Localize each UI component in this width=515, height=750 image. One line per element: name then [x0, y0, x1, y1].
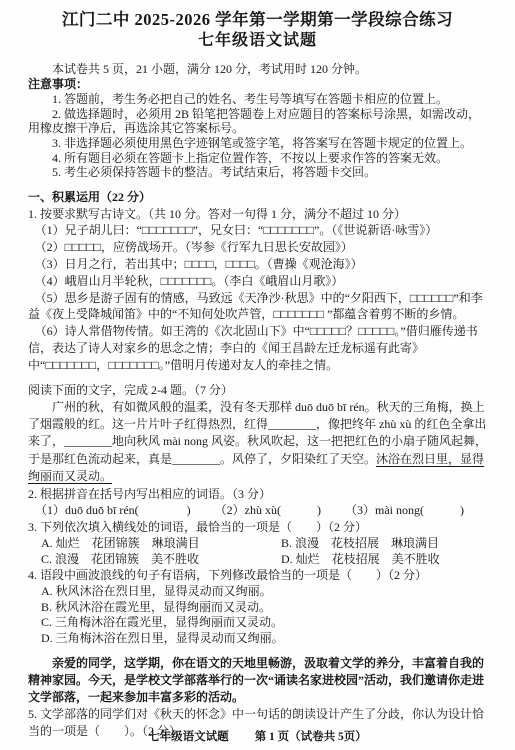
page-content: 江门二中 2025-2026 学年第一学期第一学段综合练习 七年级语文试题 本试… — [0, 0, 515, 740]
reading-intro: 阅读下面的文字，完成 2-4 题。（7 分） — [28, 382, 487, 399]
invitation-paragraph: 亲爱的同学，这学期，你在语文的天地里畅游，汲取着文学的养分，丰富着自我的精神家园… — [28, 655, 487, 706]
note-item-2: 2. 做选择题时，必须用 2B 铅笔把答题卷上对应题目的答案标号涂黑，如需改动，… — [28, 107, 487, 136]
q3-stem: 3. 下列依次填入横线处的词语，最恰当的一项是（ ）（2 分） — [28, 519, 487, 536]
note-item-3: 3. 非选择题必须使用黑色字迹钢笔或签字笔，将答案写在答题卡规定的位置上。 — [28, 136, 487, 151]
q4-option-a: A. 秋风沐浴在烈日里，显得灵动而又绚丽。 — [28, 584, 487, 600]
q4-option-d: D. 三角梅沐浴在烈日里，显得灵动而又绚丽。 — [28, 631, 487, 647]
q4-option-b: B. 秋风沐浴在霞光里，显得绚丽而又灵动。 — [28, 600, 487, 616]
note-item-4: 4. 所有题目必须在答题卡上指定位置作答，不按以上要求作答的答案无效。 — [28, 151, 487, 166]
footer-page-number: 第 1 页（试卷共 5页） — [255, 728, 367, 744]
q1-item-5: （5）思乡是游子固有的情感，马致远《天净沙·秋思》中的“夕阳西下，□□□□□□”… — [28, 290, 487, 324]
q1-item-3: （3）日月之行，若出其中；□□□□，□□□□。（曹操《观沧海》） — [28, 256, 487, 273]
q3-option-row-2: C. 浪漫 花团锦簇 美不胜收 D. 灿烂 花枝招展 美不胜收 — [28, 552, 487, 568]
note-item-1: 1. 答题前，考生务必把自己的姓名、考生号等填写在答题卡相应的位置上。 — [28, 92, 487, 107]
q1-item-1: （1）兄子胡儿曰：“□□□□□□□”，兄女曰：“□□□□□□□”。（《世说新语·… — [28, 222, 487, 239]
q3-option-row-1: A. 灿烂 花团锦簇 琳琅满目 B. 浪漫 花枝招展 琳琅满目 — [28, 536, 487, 552]
q1-item-6: （6）诗人常借物传情。如王湾的《次北固山下》中“□□□□□？□□□□□。”借归雁… — [28, 323, 487, 373]
q1-item-4: （4）峨眉山月半轮秋，□□□□□□□。（李白《峨眉山月歌》） — [28, 273, 487, 290]
exam-paper-page: 江门二中 2025-2026 学年第一学期第一学段综合练习 七年级语文试题 本试… — [0, 0, 515, 750]
q2-pinyin-item-1: （1）duō duō bī rén( ) — [35, 502, 191, 519]
q2-stem: 2. 根据拼音在括号内写出相应的词语。（3 分） — [28, 486, 487, 503]
q2-pinyin-row: （1）duō duō bī rén( ) （2）zhù xù( ) （3）mài… — [28, 502, 487, 519]
q2-pinyin-item-3: （3）mài nong( ) — [345, 502, 464, 519]
q3-option-d: D. 灿烂 花枝招展 美不胜收 — [281, 552, 440, 568]
exam-meta: 本试卷共 5 页，21 小题，满分 120 分，考试用时 120 分钟。 — [28, 62, 487, 77]
exam-subtitle: 七年级语文试题 — [28, 31, 487, 52]
page-footer: 七年级语文试题 第 1 页（试卷共 5页） — [0, 728, 515, 744]
q4-option-c: C. 三角梅沐浴在霞光里，显得绚丽而又灵动。 — [28, 615, 487, 631]
note-item-5: 5. 考生必须保持答题卡的整洁。考试结束后，将答题卡交回。 — [28, 165, 487, 180]
q4-stem: 4. 语段中画波浪线的句子有语病，下列修改最恰当的一项是（ ）（2 分） — [28, 567, 487, 584]
q3-option-c: C. 浪漫 花团锦簇 美不胜收 — [41, 552, 281, 568]
q2-pinyin-item-2: （2）zhù xù( ) — [215, 502, 321, 519]
q1-item-2: （2）□□□□□，应傍战场开。（岑参《行军九日思长安故园》） — [28, 239, 487, 256]
section1-heading: 一、积累运用（22 分） — [28, 189, 487, 206]
reading-passage: 广州的秋，有如微风般的温柔，没有冬天那样 duō duō bī rén。秋天的三… — [28, 399, 487, 486]
q3-option-a: A. 灿烂 花团锦簇 琳琅满目 — [41, 536, 281, 552]
footer-paper-name: 七年级语文试题 — [148, 728, 229, 744]
exam-title: 江门二中 2025-2026 学年第一学期第一学段综合练习 — [28, 10, 487, 31]
notes-heading: 注意事项： — [28, 77, 487, 92]
q1-stem: 1. 按要求默写古诗文。（共 10 分。答对一句得 1 分，满分不超过 10 分… — [28, 206, 487, 223]
q3-option-b: B. 浪漫 花枝招展 琳琅满目 — [281, 536, 439, 552]
